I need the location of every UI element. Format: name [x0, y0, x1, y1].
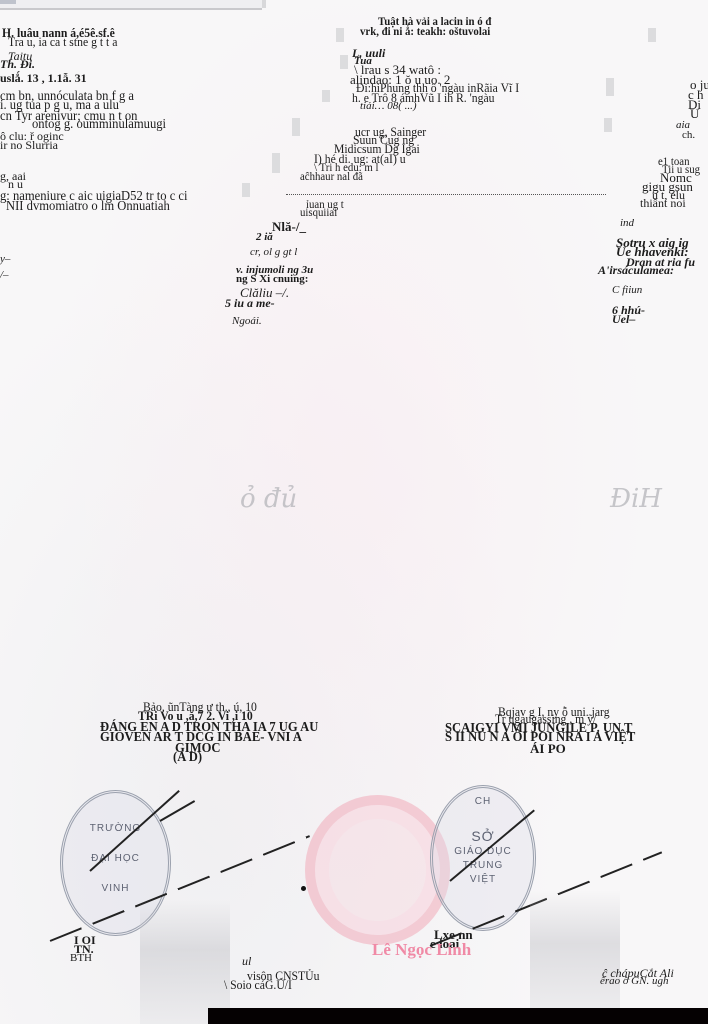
seal-text: TRƯỜNG — [63, 823, 168, 834]
signer-name-pink: Lê Ngọc Linh — [372, 940, 471, 960]
seal-text: ĐẠI HỌC — [63, 853, 168, 864]
text-line: aĉhhaur nal đã — [300, 170, 363, 182]
text-line: Ngoái. — [232, 316, 262, 327]
seal-text: SỞ — [433, 828, 533, 844]
registry-number: \ Soio cáG.Ủ/I — [224, 978, 292, 991]
text-line: C fiiun — [612, 285, 642, 296]
text-line: Uel– — [612, 313, 635, 325]
scan-artifact — [606, 78, 614, 96]
text-line: ind — [620, 218, 634, 229]
black-bar — [208, 1008, 708, 1024]
text-line: NII dvmomiatro o lm Onnuatiah — [6, 200, 170, 214]
red-seal — [305, 795, 450, 945]
text-line: 5 iu a me- — [225, 297, 275, 309]
scan-artifact — [336, 28, 344, 42]
text-line: y– — [0, 254, 10, 265]
scrollbar-thumb[interactable] — [0, 0, 16, 4]
seal-text: VIỆT — [433, 874, 533, 885]
text-line: ng S Xi cnuing: — [236, 274, 308, 285]
floral-watermark-left: ỏ đủ — [240, 484, 297, 514]
scan-artifact — [340, 55, 348, 69]
text-line: /– — [0, 270, 9, 281]
text-line: Tra u, ia ca t stne g t t a — [8, 35, 117, 48]
seal-text: VINH — [63, 883, 168, 894]
text-line: uisquiiai — [300, 206, 337, 218]
scan-artifact — [648, 28, 656, 42]
ink-dot — [301, 886, 306, 891]
footer-mark: ul — [242, 955, 251, 967]
text-line: A'irsáculamea: — [598, 264, 674, 276]
text-line: U — [690, 107, 699, 120]
header-line: vrk, đi ni ǻ: teakh: oštuvolai — [360, 25, 490, 37]
text-line: thiânt noi — [640, 197, 686, 209]
text-line: uslǻ. 13 , 1.1ẫ. 31 — [0, 72, 87, 84]
text-line: ch. — [682, 130, 695, 141]
signer-name: BTH — [70, 953, 92, 964]
scan-artifact — [272, 153, 280, 173]
dotted-field — [286, 182, 606, 195]
title-line: ÁI PO — [530, 742, 566, 755]
seal-text: TRUNG — [433, 860, 533, 871]
scan-artifact — [292, 118, 300, 136]
scan-artifact — [322, 90, 330, 102]
scrollbar-track[interactable] — [0, 0, 262, 10]
scan-artifact — [242, 183, 250, 197]
text-line: ir no Slurria — [0, 139, 58, 151]
text-line: Nlă-/_ — [272, 220, 306, 233]
scan-blur — [140, 900, 230, 1024]
divider — [262, 0, 266, 8]
text-line: 2 iă — [256, 232, 273, 243]
seal-text: CH — [433, 796, 533, 807]
text-line: Th. Đi. — [0, 58, 35, 70]
scan-blur — [530, 890, 620, 1024]
text-line: cr, ol g gt l — [250, 247, 297, 258]
text-line: tiải… 08( ...) — [360, 101, 417, 112]
title-line: (A D) — [173, 751, 202, 765]
handwriting: ếrao ô GN. ugh — [600, 976, 668, 987]
floral-watermark-right: ĐiH — [610, 484, 662, 514]
scan-artifact — [604, 118, 612, 132]
